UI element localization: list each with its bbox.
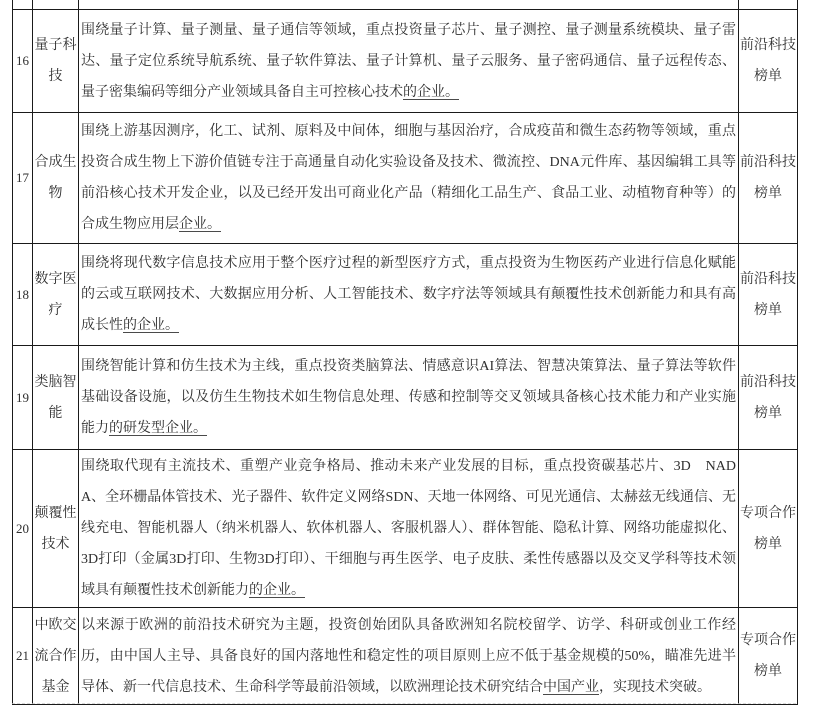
- table-row: 21 中欧交流合作基金 以来源于欧洲的前沿技术研究为主题，投资创始团队具备欧洲知…: [13, 607, 797, 704]
- row-number-cell: [13, 0, 32, 9]
- track-list-table: 16 量子科技 围绕量子计算、量子测量、量子通信等领域，重点投资量子芯片、量子测…: [12, 0, 798, 705]
- table-row-partial: [13, 0, 797, 9]
- row-number: 16: [13, 10, 32, 112]
- row-number: 19: [13, 346, 32, 449]
- underlined-phrase: 的企业。: [123, 318, 179, 333]
- next-row-edge-hint: [12, 703, 796, 704]
- underlined-phrase: 的企业。: [249, 583, 305, 598]
- track-name: 类脑智能: [32, 346, 78, 449]
- track-description-cell: [78, 0, 738, 9]
- underlined-phrase: 企业。: [179, 217, 221, 232]
- list-category: 专项合作榜单: [738, 450, 797, 607]
- track-description: 围绕上游基因测序，化工、试剂、原料及中间体，细胞与基因治疗，合成疫苗和微生态药物…: [78, 113, 738, 243]
- track-description: 围绕取代现有主流技术、重塑产业竞争格局、推动未来产业发展的目标，重点投资碳基芯片…: [78, 450, 738, 607]
- row-number: 20: [13, 450, 32, 607]
- list-category: 前沿科技榜单: [738, 113, 797, 243]
- track-name: 颠覆性技术: [32, 450, 78, 607]
- list-category: 前沿科技榜单: [738, 244, 797, 345]
- track-name: 中欧交流合作基金: [32, 608, 78, 704]
- table-row: 16 量子科技 围绕量子计算、量子测量、量子通信等领域，重点投资量子芯片、量子测…: [13, 9, 797, 112]
- list-category: 前沿科技榜单: [738, 10, 797, 112]
- list-category-cell: [738, 0, 797, 9]
- underlined-phrase: 中国产业: [543, 680, 599, 695]
- row-number: 21: [13, 608, 32, 704]
- table-row: 18 数字医疗 围绕将现代数字信息技术应用于整个医疗过程的新型医疗方式，重点投资…: [13, 243, 797, 345]
- table-row: 20 颠覆性技术 围绕取代现有主流技术、重塑产业竞争格局、推动未来产业发展的目标…: [13, 449, 797, 607]
- underlined-phrase: 的企业。: [403, 85, 459, 100]
- row-number: 18: [13, 244, 32, 345]
- table-body: 16 量子科技 围绕量子计算、量子测量、量子通信等领域，重点投资量子芯片、量子测…: [13, 9, 797, 704]
- track-name-cell: [32, 0, 78, 9]
- table-row: 17 合成生物 围绕上游基因测序，化工、试剂、原料及中间体，细胞与基因治疗，合成…: [13, 112, 797, 243]
- track-name: 量子科技: [32, 10, 78, 112]
- row-number: 17: [13, 113, 32, 243]
- track-name: 合成生物: [32, 113, 78, 243]
- underlined-phrase: 的研发型企业。: [109, 421, 207, 436]
- track-description: 围绕将现代数字信息技术应用于整个医疗过程的新型医疗方式，重点投资为生物医药产业进…: [78, 244, 738, 345]
- table-row: 19 类脑智能 围绕智能计算和仿生技术为主线，重点投资类脑算法、情感意识AI算法…: [13, 345, 797, 449]
- track-description: 以来源于欧洲的前沿技术研究为主题，投资创始团队具备欧洲知名院校留学、访学、科研或…: [78, 608, 738, 704]
- track-name: 数字医疗: [32, 244, 78, 345]
- track-description: 围绕量子计算、量子测量、量子通信等领域，重点投资量子芯片、量子测控、量子测量系统…: [78, 10, 738, 112]
- track-description: 围绕智能计算和仿生技术为主线，重点投资类脑算法、情感意识AI算法、智慧决策算法、…: [78, 346, 738, 449]
- list-category: 专项合作榜单: [738, 608, 797, 704]
- list-category: 前沿科技榜单: [738, 346, 797, 449]
